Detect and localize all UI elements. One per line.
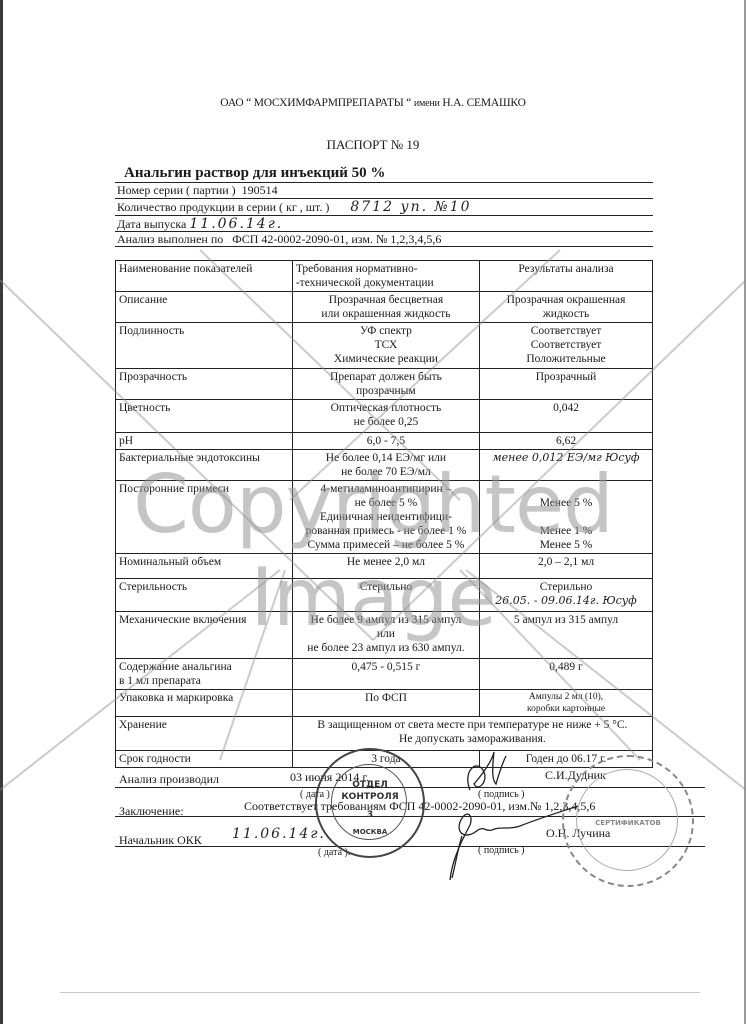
header-results: Результаты анализа	[480, 261, 653, 292]
head-date-handwritten: 11.06.14г.	[232, 826, 326, 842]
company-name: ОАО “ МОСХИМФАРМПРЕПАРАТЫ “ имени Н.А. С…	[0, 97, 746, 109]
analyst-label: Анализ производил	[119, 772, 219, 787]
quantity-value-handwritten: 8712 уп. №10	[350, 199, 471, 215]
round-stamp-control-dept: ОТДЕЛ КОНТРОЛЯ 3 МОСКВА	[315, 748, 425, 858]
table-row: ОписаниеПрозрачная бесцветная или окраше…	[116, 292, 653, 323]
cell-result: 6,62	[480, 433, 653, 450]
cell-indicator: Механические включения	[116, 612, 293, 659]
cell-requirement: Не менее 2,0 мл	[292, 554, 479, 579]
table-row: Механические включенияНе более 9 ампул и…	[116, 612, 653, 659]
release-value-handwritten: 11.06.14г.	[189, 216, 283, 232]
cell-requirement: По ФСП	[292, 690, 479, 717]
table-header-row: Наименование показателей Требования норм…	[116, 261, 653, 292]
scan-page-edge-left	[0, 0, 3, 1024]
result-value: Соответствует Соответствует Положительны…	[483, 324, 649, 366]
cell-indicator: Описание	[116, 292, 293, 323]
cell-indicator: Бактериальные эндотоксины	[116, 450, 293, 481]
batch-field: Номер серии ( партии ) 190514	[117, 183, 278, 198]
result-value: Прозрачная окрашенная жидкость	[483, 293, 649, 321]
stamp-city: МОСКВА	[317, 828, 423, 836]
cell-result: Прозрачный	[480, 369, 653, 400]
release-label: Дата выпуска	[117, 217, 186, 231]
cell-requirement: 4-метиламиноантипирин – не более 5 % Еди…	[292, 481, 479, 554]
release-date-field: Дата выпуска 11.06.14г.	[117, 216, 283, 232]
table-row: pH6,0 - 7,56,62	[116, 433, 653, 450]
cell-indicator: Посторонние примеси	[116, 481, 293, 554]
table-row: ЦветностьОптическая плотность не более 0…	[116, 400, 653, 433]
cell-result: Стерильно26.05. - 09.06.14г. Юсуф	[480, 579, 653, 612]
header-indicator: Наименование показателей	[116, 261, 293, 292]
table-row: ПодлинностьУФ спектр ТСХ Химические реак…	[116, 323, 653, 369]
cell-indicator: Содержание анальгина в 1 мл препарата	[116, 659, 293, 690]
result-note-handwritten: 26.05. - 09.06.14г. Юсуф	[483, 594, 649, 608]
cell-indicator: Упаковка и маркировка	[116, 690, 293, 717]
stamp-number: 3	[317, 810, 423, 820]
table-row: Номинальный объемНе менее 2,0 мл2,0 – 2,…	[116, 554, 653, 579]
stamp-text-line2: КОНТРОЛЯ	[317, 792, 423, 802]
specification-table: Наименование показателей Требования норм…	[115, 260, 653, 768]
cell-requirement: В защищенном от света месте при температ…	[292, 717, 652, 751]
batch-value: 190514	[242, 183, 278, 197]
table-row: ПрозрачностьПрепарат должен быть прозрач…	[116, 369, 653, 400]
cell-requirement: 6,0 - 7,5	[292, 433, 479, 450]
cell-indicator: pH	[116, 433, 293, 450]
cell-indicator: Стерильность	[116, 579, 293, 612]
cell-result: Соответствует Соответствует Положительны…	[480, 323, 653, 369]
cell-result: 0,489 г	[480, 659, 653, 690]
quantity-field: Количество продукции в серии ( кг , шт. …	[117, 199, 472, 215]
result-value: Ампулы 2 мл (10), коробки картонные	[483, 691, 649, 715]
result-value: 0,489 г	[483, 660, 649, 674]
cell-result: 0,042	[480, 400, 653, 433]
header-requirements: Требования нормативно- -технической доку…	[292, 261, 479, 292]
cell-requirement: Стерильно	[292, 579, 479, 612]
stamp-text-line1: ОТДЕЛ	[317, 780, 423, 790]
cell-requirement: Не более 0,14 ЕЭ/мг или не более 70 ЕЭ/м…	[292, 450, 479, 481]
result-value: менее 0,012 ЕЭ/мг Юсуф	[483, 451, 649, 465]
cell-result: Менее 5 % Менее 1 % Менее 5 %	[480, 481, 653, 554]
analysis-value: ФСП 42-0002-2090-01, изм. № 1,2,3,4,5,6	[232, 232, 441, 246]
company-person: Н.А. СЕМАШКО	[442, 97, 525, 109]
result-value: 6,62	[483, 434, 649, 448]
cell-indicator: Цветность	[116, 400, 293, 433]
cell-requirement: 0,475 - 0,515 г	[292, 659, 479, 690]
table-row: Бактериальные эндотоксиныНе более 0,14 Е…	[116, 450, 653, 481]
cell-requirement: УФ спектр ТСХ Химические реакции	[292, 323, 479, 369]
table-row: СтерильностьСтерильноСтерильно26.05. - 0…	[116, 579, 653, 612]
stamp-text: СЕРТИФИКАТОВ	[564, 819, 692, 827]
cell-result: 5 ампул из 315 ампул	[480, 612, 653, 659]
cell-result: Прозрачная окрашенная жидкость	[480, 292, 653, 323]
head-signature-caption: ( подпись )	[478, 845, 525, 856]
cell-result: менее 0,012 ЕЭ/мг Юсуф	[480, 450, 653, 481]
cell-requirement: Прозрачная бесцветная или окрашенная жид…	[292, 292, 479, 323]
cell-indicator: Прозрачность	[116, 369, 293, 400]
table-row: Содержание анальгина в 1 мл препарата0,4…	[116, 659, 653, 690]
company-prefix: ОАО “ МОСХИМФАРМПРЕПАРАТЫ “	[220, 97, 411, 109]
result-value: Менее 5 % Менее 1 % Менее 5 %	[483, 482, 649, 552]
table-row: Посторонние примеси4-метиламиноантипирин…	[116, 481, 653, 554]
analysis-basis-field: Анализ выполнен по ФСП 42-0002-2090-01, …	[117, 232, 441, 247]
cell-indicator: Хранение	[116, 717, 293, 751]
product-title: Анальгин раствор для инъекций 50 %	[124, 165, 385, 182]
result-value: 2,0 – 2,1 мл	[483, 555, 649, 569]
table-row: ХранениеВ защищенном от света месте при …	[116, 717, 653, 751]
passport-title: ПАСПОРТ № 19	[0, 137, 746, 153]
cell-result: 2,0 – 2,1 мл	[480, 554, 653, 579]
round-stamp-certificates: СЕРТИФИКАТОВ	[562, 755, 694, 887]
company-named: имени	[414, 98, 440, 109]
cell-requirement: Препарат должен быть прозрачным	[292, 369, 479, 400]
head-signature-icon	[450, 806, 578, 880]
cell-requirement: Не более 9 ампул из 315 ампул или не бол…	[292, 612, 479, 659]
cell-indicator: Срок годности	[116, 751, 293, 768]
cell-requirement: Оптическая плотность не более 0,25	[292, 400, 479, 433]
table-row: Упаковка и маркировкаПо ФСПАмпулы 2 мл (…	[116, 690, 653, 717]
cell-indicator: Подлинность	[116, 323, 293, 369]
result-value: Стерильно	[483, 580, 649, 594]
divider	[115, 246, 653, 247]
quantity-label: Количество продукции в серии ( кг , шт. …	[117, 200, 329, 214]
scan-artifact-line	[60, 992, 700, 993]
result-value: 0,042	[483, 401, 649, 415]
batch-label: Номер серии ( партии )	[117, 183, 236, 197]
cell-result: Ампулы 2 мл (10), коробки картонные	[480, 690, 653, 717]
result-value: Прозрачный	[483, 370, 649, 384]
result-value: 5 ампул из 315 ампул	[483, 613, 649, 627]
analysis-label: Анализ выполнен по	[117, 232, 223, 246]
cell-indicator: Номинальный объем	[116, 554, 293, 579]
